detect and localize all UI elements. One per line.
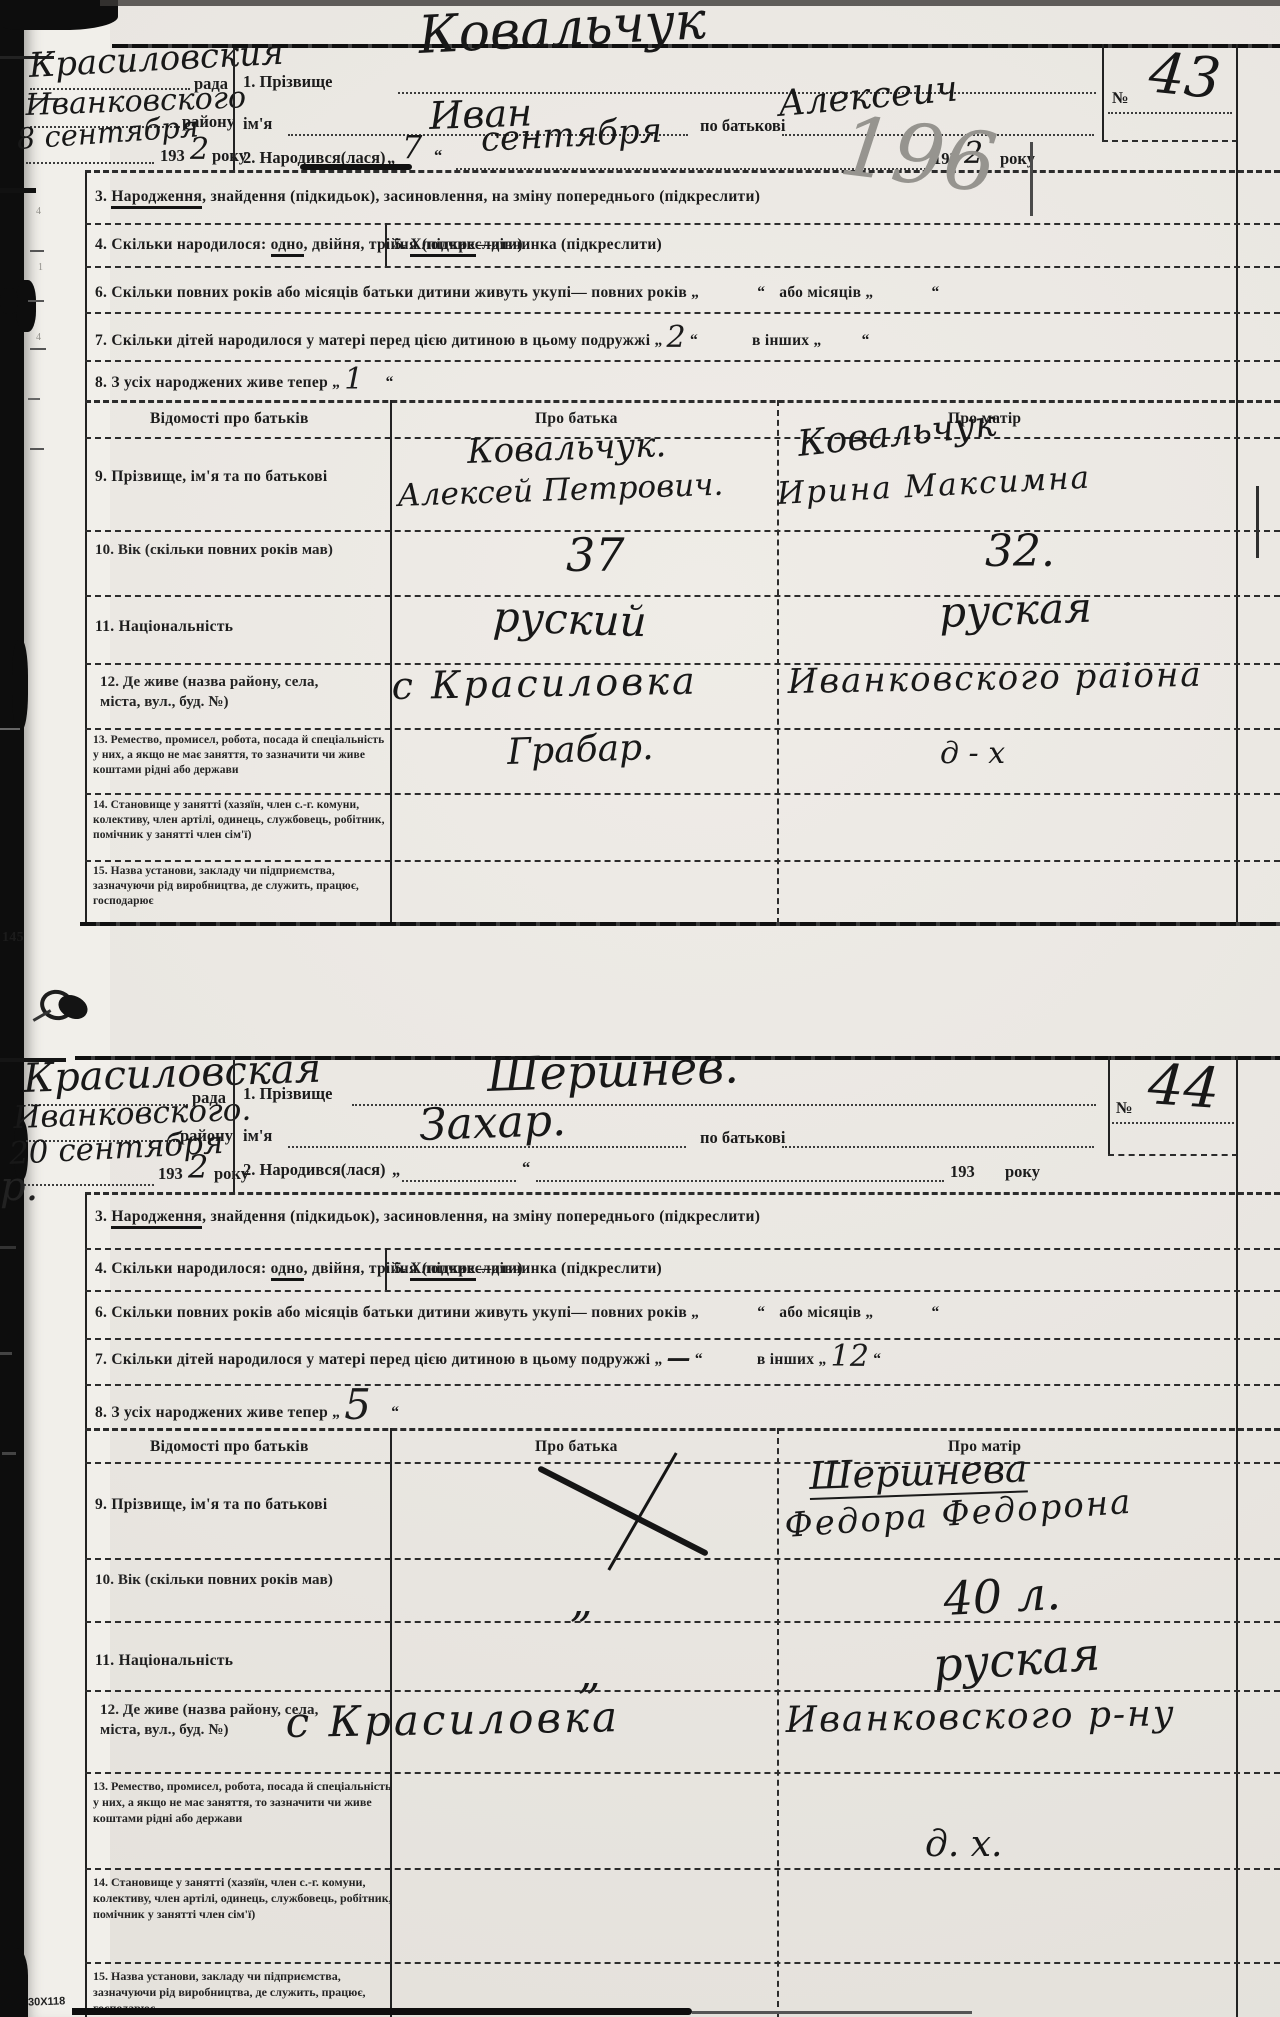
form2-born-open-quote: „ bbox=[392, 1160, 400, 1180]
form2-number-label: № bbox=[1116, 1098, 1133, 1118]
form2-year-printed: 193 bbox=[158, 1164, 183, 1184]
form2-table-divider-2 bbox=[777, 1428, 779, 2017]
row7-b: в інших „ bbox=[757, 1351, 827, 1368]
row8-quote: “ bbox=[386, 374, 394, 391]
form2-father-age-ditto: „ bbox=[570, 1576, 593, 1627]
scan-corner-bottom-left bbox=[0, 1948, 28, 2017]
form2-number-box-left bbox=[1108, 1056, 1110, 1156]
margin-dash-1 bbox=[0, 1246, 16, 1249]
row6-a: 6. Скільки повних років або місяців бать… bbox=[95, 1304, 699, 1321]
form1-record-number: 43 bbox=[1146, 40, 1224, 112]
ledger-mark-4 bbox=[30, 250, 44, 252]
form2-mother-occupation-handwriting: д. х. bbox=[925, 1824, 1002, 1865]
edge-bump-2 bbox=[12, 640, 28, 730]
row7-b: в інших „ bbox=[752, 332, 822, 349]
form1-rule-r6 bbox=[85, 312, 1280, 314]
row7-quote1: “ bbox=[695, 1351, 703, 1368]
form1-mother-name-handwriting: Ирина Максимна bbox=[776, 460, 1092, 512]
form2-rule-r9 bbox=[85, 1558, 1280, 1560]
form2-rule-r6 bbox=[85, 1338, 1280, 1340]
bleedthrough-digit-1: 4 bbox=[36, 206, 41, 217]
form2-rule-r4 bbox=[85, 1290, 1280, 1292]
form1-rule-r7 bbox=[85, 360, 1280, 362]
form2-row9-label: 9. Прізвище, ім'я та по батькові bbox=[95, 1496, 327, 1514]
form1-row7-text: 7. Скільки дітей народилося у матері пер… bbox=[95, 331, 870, 350]
form2-number-box-bottom bbox=[1108, 1154, 1238, 1156]
form2-col-parents-header: Відомості про батьків bbox=[150, 1438, 309, 1456]
form1-mother-nationality-handwriting: руская bbox=[938, 583, 1092, 637]
scan-bottom-bar bbox=[72, 2008, 692, 2015]
ledger-mark-9 bbox=[0, 728, 20, 730]
form1-father-name-handwriting: Алексей Петрович. bbox=[397, 467, 724, 514]
form1-father-residence-handwriting: с Красиловка bbox=[391, 659, 698, 708]
form2-row45-divider bbox=[385, 1248, 387, 1290]
row3-number: 3. bbox=[95, 1208, 111, 1225]
form2-record-number: 44 bbox=[1146, 1052, 1222, 1122]
row5-number: 5. bbox=[394, 1260, 410, 1277]
form1-father-nationality-handwriting: руский bbox=[492, 592, 648, 646]
form1-row10-label: 10. Вік (скільки повних років мав) bbox=[95, 540, 350, 560]
row4-pre: 4. Скільки народилося: bbox=[95, 236, 271, 253]
form1-rule-r10 bbox=[85, 595, 1280, 597]
form2-patronymic-label: по батькові bbox=[700, 1128, 785, 1148]
form2-patronymic-leader bbox=[782, 1146, 1094, 1148]
form1-header-divider bbox=[233, 48, 235, 170]
right-edge-stroke bbox=[1256, 486, 1259, 558]
form2-col-father-header: Про батька bbox=[535, 1438, 618, 1456]
form2-date-leader bbox=[24, 1184, 154, 1186]
form1-col-father-header: Про батька bbox=[535, 410, 618, 428]
form2-born-leader-1 bbox=[402, 1180, 516, 1182]
margin-handwritten-mark: р. bbox=[0, 1164, 38, 1210]
form1-year-printed: 193 bbox=[160, 146, 185, 166]
form1-row9-label: 9. Прізвище, ім'я та по батькові bbox=[95, 468, 327, 486]
father-name-cross-mark bbox=[520, 1462, 730, 1562]
form1-row45-divider bbox=[385, 223, 387, 266]
row5-underlined-word: Хлопчик bbox=[410, 236, 475, 257]
form2-header-bottom-rule bbox=[85, 1192, 1280, 1195]
form1-table-header-rule bbox=[85, 437, 1280, 439]
row8-a: 8. З усіх народжених живе тепер „ bbox=[95, 1404, 340, 1421]
form1-row6-text: 6. Скільки повних років або місяців бать… bbox=[95, 284, 940, 302]
form1-row13-label: 13. Ремество, промисел, робота, посада й… bbox=[93, 733, 388, 778]
form2-rule-r14 bbox=[85, 1962, 1280, 1964]
row7-quote1: “ bbox=[690, 332, 698, 349]
form2-born-label: 2. Народився(лася) bbox=[243, 1160, 386, 1180]
form1-rule-r4 bbox=[85, 266, 1280, 268]
form2-row6-text: 6. Скільки повних років або місяців бать… bbox=[95, 1304, 940, 1322]
form1-row14-label: 14. Становище у занятті (хазяїн, член с.… bbox=[93, 798, 393, 843]
form2-born-year-printed: 193 bbox=[950, 1162, 975, 1182]
scan-bottom-bar-thin bbox=[692, 2011, 972, 2014]
form2-name-handwriting: Захар. bbox=[418, 1095, 567, 1151]
form2-row13-label: 13. Ремество, промисел, робота, посада й… bbox=[93, 1778, 393, 1826]
form1-row5-text: 5. Хлопчик—дівчинка (підкреслити) bbox=[394, 236, 662, 254]
form1-mother-age-handwriting: 32. bbox=[985, 526, 1055, 577]
form1-born-close-quote: “ bbox=[434, 146, 442, 166]
row7-quote2: “ bbox=[862, 332, 870, 349]
row3-number: 3. bbox=[95, 188, 111, 205]
form1-row11-label: 11. Національність bbox=[95, 618, 233, 636]
form1-row15-label: 15. Назва установи, закладу чи підприємс… bbox=[93, 864, 393, 909]
form1-row8-text: 8. З усіх народжених живе тепер „1“ bbox=[95, 373, 394, 392]
margin-page-number: 145 bbox=[2, 930, 24, 946]
row8-value-handwriting: 5 bbox=[340, 1400, 375, 1410]
bleedthrough-digit-2: 1 bbox=[38, 262, 43, 273]
row4-underlined-word: одно bbox=[271, 236, 304, 257]
form1-surname-handwriting: Ковальчук bbox=[417, 0, 708, 66]
form2-rule-r3 bbox=[85, 1248, 1280, 1250]
form2-rule-r7 bbox=[85, 1384, 1280, 1386]
form1-mother-residence-handwriting: Иванковского раіона bbox=[787, 655, 1203, 702]
margin-dash-3 bbox=[2, 1452, 16, 1455]
form1-rule-r13 bbox=[85, 793, 1280, 795]
row8-value-handwriting: 1 bbox=[340, 375, 367, 385]
form2-year-handwriting: 2 bbox=[188, 1148, 208, 1186]
form1-name-label: ім'я bbox=[243, 114, 272, 134]
ledger-mark-7 bbox=[28, 398, 40, 400]
row7-a: 7. Скільки дітей народилося у матері пер… bbox=[95, 332, 663, 349]
form2-header-divider bbox=[233, 1060, 235, 1192]
form2-mother-residence-handwriting: Иванковского р-ну bbox=[785, 1693, 1176, 1741]
form2-born-close-quote: “ bbox=[522, 1158, 530, 1178]
form2-father-residence-handwriting: с Красиловка bbox=[285, 1692, 620, 1747]
row7-value-handwriting: — bbox=[663, 1353, 695, 1363]
row6-quote2: “ bbox=[931, 1304, 939, 1321]
form1-row12-label: 12. Де живе (назва району, села, міста, … bbox=[100, 672, 355, 712]
row6-quote1: “ bbox=[757, 284, 765, 301]
form2-row3-text: 3. Народження, знайдення (підкидьок), за… bbox=[95, 1208, 760, 1226]
form1-number-leader bbox=[1108, 112, 1232, 114]
form2-right-border bbox=[1236, 1056, 1238, 2017]
form1-surname-label: 1. Прізвище bbox=[243, 72, 332, 92]
form2-number-leader bbox=[1112, 1122, 1234, 1124]
form1-bottom-rule bbox=[80, 922, 1280, 926]
edge-bump-1 bbox=[16, 280, 36, 332]
corner-code-text: 30Х118 bbox=[28, 1995, 66, 2008]
form2-rule-r12 bbox=[85, 1772, 1280, 1774]
form2-row5-text: 5. Хлопчик—дівчинка (підкреслити) bbox=[394, 1260, 662, 1278]
margin-dash-2 bbox=[0, 1352, 12, 1355]
form1-patronymic-label: по батькові bbox=[700, 116, 785, 136]
form2-born-leader-2 bbox=[536, 1180, 944, 1182]
form2-mother-nationality-handwriting: руская bbox=[931, 1626, 1102, 1692]
row7-value-handwriting: 2 bbox=[663, 333, 690, 343]
form2-born-roku-label: року bbox=[1005, 1162, 1040, 1182]
row5-rest: —дівчинка (підкреслити) bbox=[476, 236, 662, 253]
form1-table-top-rule bbox=[85, 400, 1280, 403]
form2-row10-label: 10. Вік (скільки повних років мав) bbox=[95, 1570, 350, 1590]
row6-a: 6. Скільки повних років або місяців бать… bbox=[95, 284, 699, 301]
form1-header-bottom-rule bbox=[85, 170, 1280, 173]
row6-quote1: “ bbox=[757, 1304, 765, 1321]
form1-father-age-handwriting: 37 bbox=[566, 528, 625, 582]
form2-table-top-rule bbox=[85, 1428, 1280, 1431]
ledger-mark-5 bbox=[28, 300, 44, 302]
form1-number-box-left bbox=[1102, 44, 1104, 142]
form1-rule-r3 bbox=[85, 223, 1280, 225]
form1-left-border bbox=[85, 172, 87, 924]
form1-born-month-handwriting: сентября bbox=[480, 111, 663, 160]
row3-underlined-word: Народження bbox=[111, 1208, 202, 1229]
form1-number-label: № bbox=[1112, 88, 1129, 108]
bleedthrough-digit-3: 4 bbox=[36, 332, 41, 343]
stray-vertical-stroke bbox=[1030, 142, 1033, 216]
form2-name-label: ім'я bbox=[243, 1126, 272, 1146]
form2-rule-r13 bbox=[85, 1868, 1280, 1870]
row7-a: 7. Скільки дітей народилося у матері пер… bbox=[95, 1351, 663, 1368]
form1-born-day-handwriting: 7 bbox=[402, 128, 422, 166]
row4-underlined-word: одно bbox=[271, 1260, 304, 1281]
form1-rule-r12 bbox=[85, 728, 1280, 730]
scanned-birth-registry-page: 4 1 4 Красиловския рада Иванковского рай… bbox=[0, 0, 1280, 2017]
form1-mother-surname-handwriting: Ковальчук bbox=[796, 403, 998, 465]
form2-rule-r10 bbox=[85, 1621, 1280, 1623]
form2-mother-age-handwriting: 40 л. bbox=[942, 1566, 1062, 1626]
form1-right-border bbox=[1236, 44, 1238, 924]
row5-number: 5. bbox=[394, 236, 410, 253]
row8-a: 8. З усіх народжених живе тепер „ bbox=[95, 374, 340, 391]
form1-year-handwriting: 2 bbox=[190, 132, 209, 167]
row3-underlined-word: Народження bbox=[111, 188, 202, 209]
form1-rule-r14 bbox=[85, 860, 1280, 862]
row6-b: або місяців „ bbox=[779, 1304, 873, 1321]
form1-father-surname-handwriting: Ковальчук. bbox=[467, 425, 667, 472]
row7-other-value-handwriting: 12 bbox=[827, 1352, 874, 1362]
form2-surname-handwriting: Шершнев. bbox=[486, 1039, 739, 1102]
form2-row7-text: 7. Скільки дітей народилося у матері пер… bbox=[95, 1350, 881, 1369]
row3-rest: , знайдення (підкидьок), засиновлення, н… bbox=[202, 1208, 760, 1225]
form1-table-divider-1 bbox=[390, 400, 392, 924]
row5-rest: —дівчинка (підкреслити) bbox=[476, 1260, 662, 1277]
form2-rule-r11 bbox=[85, 1690, 1280, 1692]
row8-quote: “ bbox=[391, 1404, 399, 1421]
form2-left-border bbox=[85, 1194, 87, 2017]
row3-rest: , знайдення (підкидьок), засиновлення, н… bbox=[202, 188, 760, 205]
form2-row11-label: 11. Національність bbox=[95, 1652, 233, 1670]
ledger-mark-6 bbox=[30, 348, 46, 350]
form1-number-box-bottom bbox=[1102, 140, 1238, 142]
row6-b: або місяців „ bbox=[779, 284, 873, 301]
form2-surname-label: 1. Прізвище bbox=[243, 1084, 332, 1104]
edge-blob-1 bbox=[0, 288, 18, 314]
form1-row3-text: 3. Народження, знайдення (підкидьок), за… bbox=[95, 188, 760, 206]
form1-date-leader bbox=[26, 162, 154, 164]
form1-col-parents-header: Відомості про батьків bbox=[150, 410, 309, 428]
form1-roku-label: року bbox=[212, 146, 247, 166]
form1-rule-r9 bbox=[85, 530, 1280, 532]
form2-row14-label: 14. Становище у занятті (хазяїн, член с.… bbox=[93, 1874, 398, 1922]
form2-row8-text: 8. З усіх народжених живе тепер „5“ bbox=[95, 1398, 399, 1422]
ledger-mark-3 bbox=[0, 188, 36, 193]
row5-underlined-word: Хлопчик bbox=[410, 1260, 475, 1281]
form1-pencil-number: 196 bbox=[835, 99, 1002, 212]
form1-mother-occupation-handwriting: д - х bbox=[940, 736, 1005, 771]
row4-pre: 4. Скільки народилося: bbox=[95, 1260, 271, 1277]
form1-father-occupation-handwriting: Грабар. bbox=[507, 727, 655, 773]
row7-quote2: “ bbox=[873, 1351, 881, 1368]
row6-quote2: “ bbox=[931, 284, 939, 301]
ledger-mark-8 bbox=[30, 448, 44, 450]
